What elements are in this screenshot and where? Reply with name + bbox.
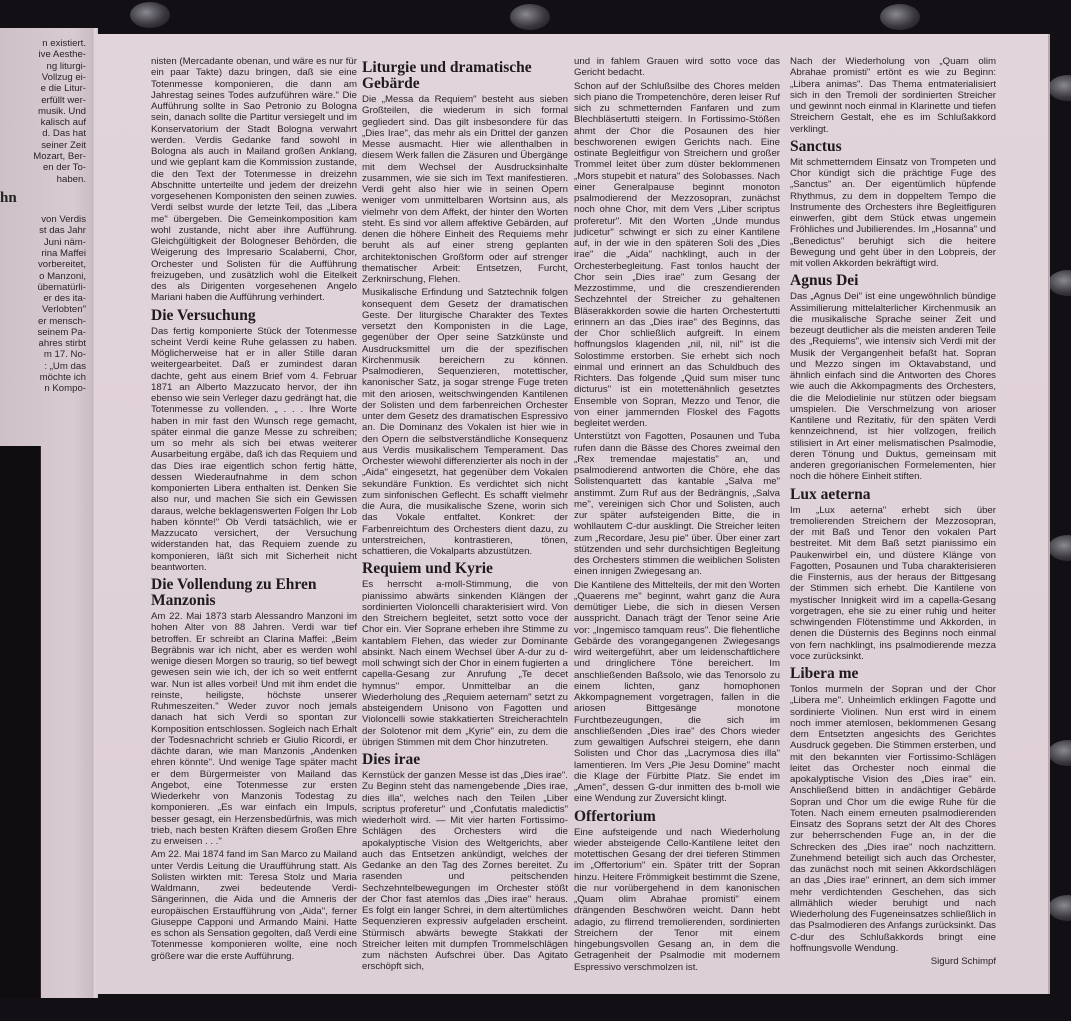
background-knob	[1048, 740, 1071, 766]
text-column-3: und in fahlem Grauen wird sotto voce das…	[574, 56, 780, 975]
background-knob	[1048, 535, 1071, 561]
left-page-line: Mozart, Ber-	[33, 151, 86, 162]
paragraph: Die „Messa da Requiem" besteht aus siebe…	[362, 94, 568, 285]
left-page-line: er mensch-	[38, 316, 86, 327]
text-column-1: nisten (Mercadante obenan, und wäre es n…	[151, 56, 357, 964]
text-column-4: Nach der Wiederholung von „Quam olim Abr…	[790, 56, 996, 969]
left-page-photo	[0, 446, 41, 998]
left-page-line: n existiert.	[42, 38, 86, 49]
background-knob	[510, 4, 550, 30]
left-page-line: en der To-	[43, 162, 86, 173]
paragraph: Am 22. Mai 1874 fand im San Marco zu Mai…	[151, 849, 357, 962]
section-heading: Die Vollendung zu Ehren Manzonis	[151, 577, 357, 609]
background-knob	[1048, 75, 1071, 101]
section-heading: Liturgie und dramatische Gebärde	[362, 60, 568, 92]
paragraph: Das fertig komponierte Stück der Totenme…	[151, 326, 357, 574]
section-heading: Agnus Dei	[790, 273, 996, 289]
paragraph: Es herrscht a-moll-Stimmung, die von pia…	[362, 579, 568, 748]
background-knob	[1048, 895, 1071, 921]
paragraph: Musikalische Erfindung und Satztechnik f…	[362, 287, 568, 557]
left-page-line: o Manzoni,	[39, 271, 86, 282]
paragraph: und in fahlem Grauen wird sotto voce das…	[574, 56, 780, 79]
left-page-line: : „Um das	[44, 361, 86, 372]
section-heading: Die Versuchung	[151, 308, 357, 324]
paragraph: Im „Lux aeterna" erhebt sich über tremol…	[790, 505, 996, 663]
paragraph: Tonlos murmeln der Sopran und der Chor „…	[790, 684, 996, 954]
paragraph: nisten (Mercadante obenan, und wäre es n…	[151, 56, 357, 304]
left-page-line: d. Das hat	[42, 128, 86, 139]
section-heading: Dies irae	[362, 752, 568, 768]
paragraph: Schon auf der Schlußsilbe des Chores mel…	[574, 81, 780, 430]
background-knob	[1048, 270, 1071, 296]
left-page-edge: n existiert.ive Aesthe-ng liturgi-Vollzu…	[0, 28, 92, 998]
left-page-line: st das Jahr	[39, 225, 86, 236]
paragraph: Kernstück der ganzen Messe ist das „Dies…	[362, 770, 568, 973]
left-page-line: möchte ich	[40, 372, 86, 383]
left-page-line: haben.	[57, 174, 86, 185]
left-page-line: seiner Zeit	[41, 140, 86, 151]
paragraph: Nach der Wiederholung von „Quam olim Abr…	[790, 56, 996, 135]
left-page-line: musik. Und	[38, 106, 86, 117]
left-page-line: m 17. No-	[44, 349, 86, 360]
paragraph: Die Kantilene des Mittelteils, der mit d…	[574, 580, 780, 805]
left-page-line: übernatürli-	[37, 282, 86, 293]
paragraph: Unterstützt von Fagotten, Posaunen und T…	[574, 431, 780, 577]
section-heading: Sanctus	[790, 139, 996, 155]
author-signature: Sigurd Schimpf	[790, 956, 996, 967]
left-page-line: ahres stirbt	[39, 338, 86, 349]
paragraph: Am 22. Mai 1873 starb Alessandro Manzoni…	[151, 611, 357, 847]
left-page-line: kalisch auf	[41, 117, 86, 128]
left-page-line: Vollzug ei-	[42, 72, 86, 83]
left-page-line: rina Maffei	[41, 248, 86, 259]
left-page-line: erfüllt wer-	[41, 95, 86, 106]
section-heading: Offertorium	[574, 809, 780, 825]
left-page-line: seinem Pa-	[37, 327, 86, 338]
background-knob	[880, 4, 920, 30]
booklet-page: nisten (Mercadante obenan, und wäre es n…	[96, 34, 1048, 994]
paragraph: Das „Agnus Dei" ist eine ungewöhnlich bü…	[790, 291, 996, 482]
left-page-line: ng liturgi-	[47, 61, 86, 72]
section-heading: Lux aeterna	[790, 487, 996, 503]
paragraph: Mit schmetterndem Einsatz von Trompeten …	[790, 157, 996, 270]
text-column-2: Liturgie und dramatische GebärdeDie „Mes…	[362, 56, 568, 975]
section-heading: Requiem und Kyrie	[362, 561, 568, 577]
left-page-line: von Verdis	[41, 214, 86, 225]
left-page-line: vorbereitet,	[38, 259, 86, 270]
left-page-line: Verlobten"	[42, 304, 86, 315]
left-page-line: ive Aesthe-	[39, 49, 86, 60]
left-page-line: e die Litur-	[41, 83, 86, 94]
left-page-line: er des ita-	[43, 293, 86, 304]
paragraph: Eine aufsteigende und nach Wiederholung …	[574, 827, 780, 973]
left-page-line: n Kompo-	[44, 383, 86, 394]
section-heading: Libera me	[790, 666, 996, 682]
background-knob	[130, 2, 170, 28]
left-page-heading-fragment: hn	[0, 190, 17, 207]
left-page-line: Juni näm-	[44, 237, 86, 248]
